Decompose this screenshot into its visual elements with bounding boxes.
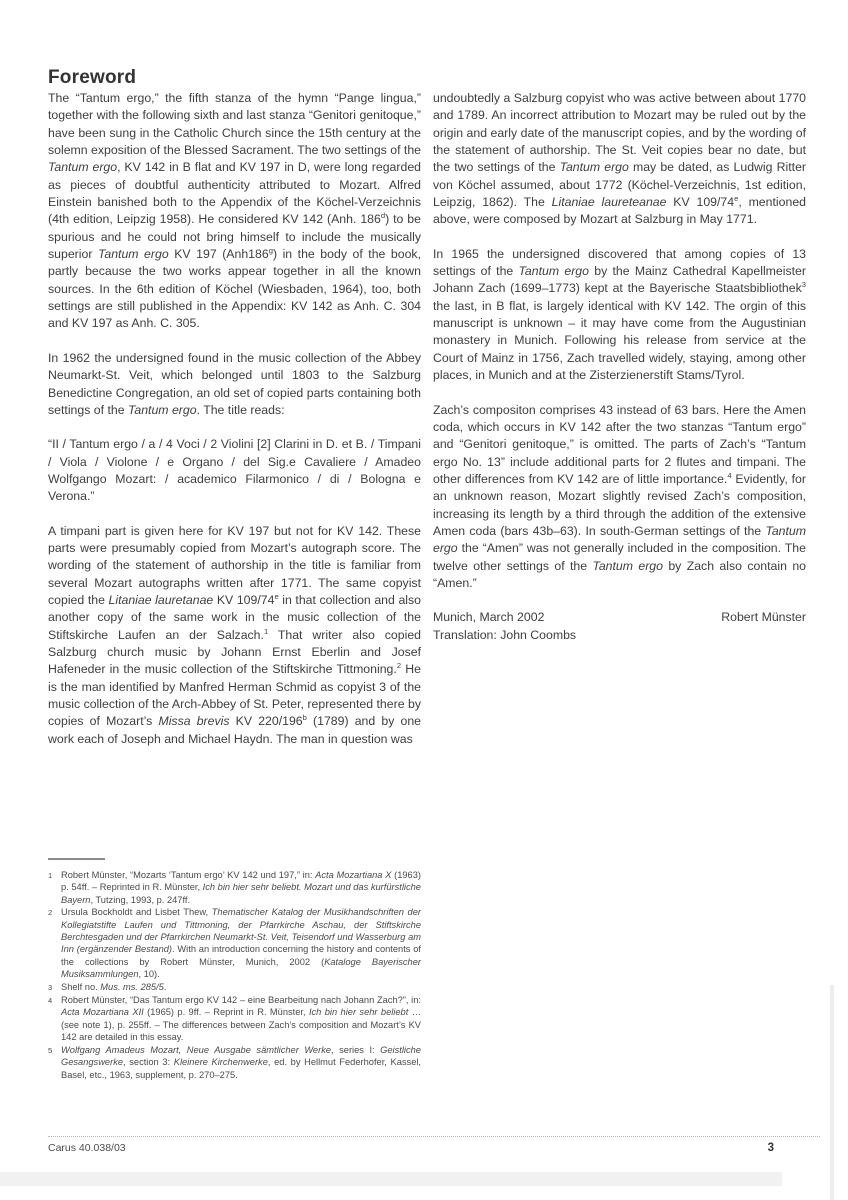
left-column: The “Tantum ergo,” the fifth stanza of t…: [48, 90, 421, 765]
signature-row: Munich, March 2002 Robert Münster: [433, 609, 806, 626]
paragraph-title-quote: “II / Tantum ergo / a / 4 Voci / 2 Violi…: [48, 436, 421, 505]
signature-translation: Translation: John Coombs: [433, 627, 806, 644]
footnote: 1 Robert Münster, “Mozarts ‘Tantum ergo’…: [48, 869, 421, 906]
footnote-text: Wolfgang Amadeus Mozart, Neue Ausgabe sä…: [61, 1044, 421, 1081]
footnote-text: Robert Münster, “Mozarts ‘Tantum ergo’ K…: [61, 869, 421, 906]
footnote: 2 Ursula Bockholdt and Lisbet Thew, Them…: [48, 906, 421, 980]
footnote-number: 2: [48, 906, 61, 980]
paragraph: In 1962 the undersigned found in the mus…: [48, 350, 421, 419]
paragraph: undoubtedly a Salzburg copyist who was a…: [433, 90, 806, 229]
document-page: Foreword The “Tantum ergo,” the fifth st…: [0, 0, 848, 1200]
footnote-number: 5: [48, 1044, 61, 1081]
footnotes-section: 1 Robert Münster, “Mozarts ‘Tantum ergo’…: [48, 858, 421, 1081]
footnote: 4 Robert Münster, “Das Tantum ergo KV 14…: [48, 994, 421, 1044]
page-edge-bottom: [0, 1172, 782, 1186]
page-edge-right: [830, 985, 834, 1200]
footnote-number: 1: [48, 869, 61, 906]
paragraph: The “Tantum ergo,” the fifth stanza of t…: [48, 90, 421, 333]
page-title: Foreword: [48, 67, 136, 89]
footnote-rule: [48, 858, 105, 860]
page-footer: Carus 40.038/03 3: [48, 1136, 820, 1154]
footnote-text: Ursula Bockholdt and Lisbet Thew, Themat…: [61, 906, 421, 980]
signature-author: Robert Münster: [721, 609, 806, 626]
catalog-number: Carus 40.038/03: [48, 1142, 126, 1154]
signature-place-date: Munich, March 2002: [433, 609, 544, 626]
paragraph: Zach’s compositon comprises 43 instead o…: [433, 402, 806, 593]
footnote-text: Robert Münster, “Das Tantum ergo KV 142 …: [61, 994, 421, 1044]
paragraph: A timpani part is given here for KV 197 …: [48, 523, 421, 748]
footnote-number: 4: [48, 994, 61, 1044]
footnote: 3 Shelf no. Mus. ms. 285/5.: [48, 981, 421, 994]
footnote: 5 Wolfgang Amadeus Mozart, Neue Ausgabe …: [48, 1044, 421, 1081]
footnote-text: Shelf no. Mus. ms. 285/5.: [61, 981, 421, 994]
page-number: 3: [768, 1142, 774, 1154]
footnote-number: 3: [48, 981, 61, 994]
right-column: undoubtedly a Salzburg copyist who was a…: [433, 90, 806, 644]
paragraph: In 1965 the undersigned discovered that …: [433, 246, 806, 385]
